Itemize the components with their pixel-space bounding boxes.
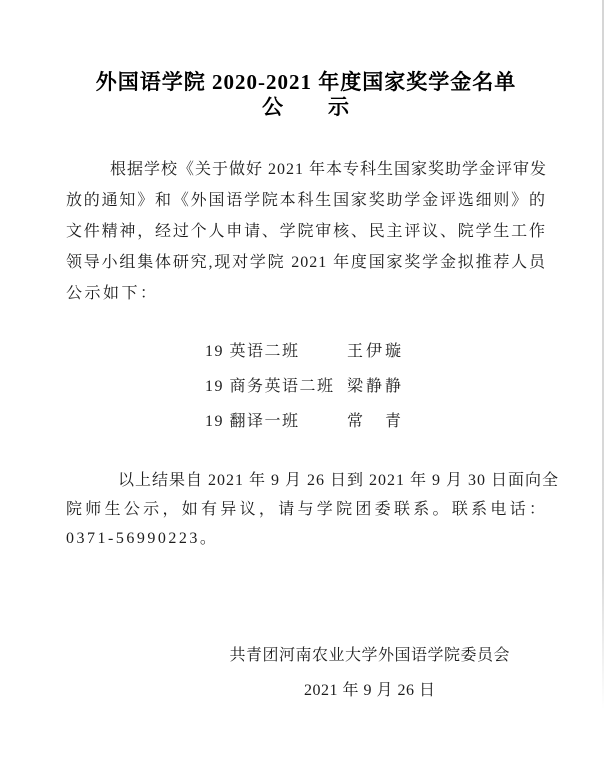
notice-line: 0371-56990223。 (66, 524, 546, 553)
signature-org: 共青团河南农业大学外国语学院委员会 (229, 639, 510, 672)
signature-block: 共青团河南农业大学外国语学院委员会 2021 年 9 月 26 日 (229, 639, 510, 707)
intro-line: 领导小组集体研究,现对学院 2021 年度国家奖学金拟推荐人员 (66, 247, 546, 278)
announcement-title: 外国语学院 2020-2021 年度国家奖学金名单 公 示 (66, 70, 546, 120)
intro-line: 放的通知》和《外国语学院本科生国家奖助学金评选细则》的 (66, 185, 546, 216)
notice-line: 以上结果自 2021 年 9 月 26 日到 2021 年 9 月 30 日面向… (66, 466, 546, 495)
intro-line: 根据学校《关于做好 2021 年本专科生国家奖助学金评审发 (66, 154, 546, 185)
intro-paragraph: 根据学校《关于做好 2021 年本专科生国家奖助学金评审发 放的通知》和《外国语… (66, 154, 546, 309)
awardee-name: 常 青 (347, 404, 404, 439)
title-line-1: 外国语学院 2020-2021 年度国家奖学金名单 (66, 70, 546, 95)
intro-line: 文件精神，经过个人申请、学院审核、民主评议、院学生工作 (66, 216, 546, 247)
intro-line: 公示如下： (66, 278, 546, 309)
notice-paragraph: 以上结果自 2021 年 9 月 26 日到 2021 年 9 月 30 日面向… (66, 466, 546, 553)
title-line-2: 公 示 (66, 95, 546, 120)
awardee-list: 19 英语二班 王伊璇 19 商务英语二班 梁静静 19 翻译一班 常 青 (205, 334, 546, 439)
awardee-class: 19 翻译一班 (205, 404, 347, 439)
awardee-row: 19 翻译一班 常 青 (205, 404, 546, 439)
awardee-row: 19 英语二班 王伊璇 (205, 334, 546, 369)
awardee-name: 王伊璇 (347, 334, 404, 369)
signature-date: 2021 年 9 月 26 日 (229, 674, 510, 707)
document-page: 外国语学院 2020-2021 年度国家奖学金名单 公 示 根据学校《关于做好 … (0, 0, 610, 769)
document-content: 外国语学院 2020-2021 年度国家奖学金名单 公 示 根据学校《关于做好 … (66, 0, 546, 707)
awardee-class: 19 商务英语二班 (205, 369, 347, 404)
awardee-row: 19 商务英语二班 梁静静 (205, 369, 546, 404)
awardee-class: 19 英语二班 (205, 334, 347, 369)
awardee-name: 梁静静 (347, 369, 404, 404)
notice-line: 院师生公示，如有异议，请与学院团委联系。联系电话： (66, 495, 546, 524)
scanned-page-edge-line (602, 0, 604, 710)
